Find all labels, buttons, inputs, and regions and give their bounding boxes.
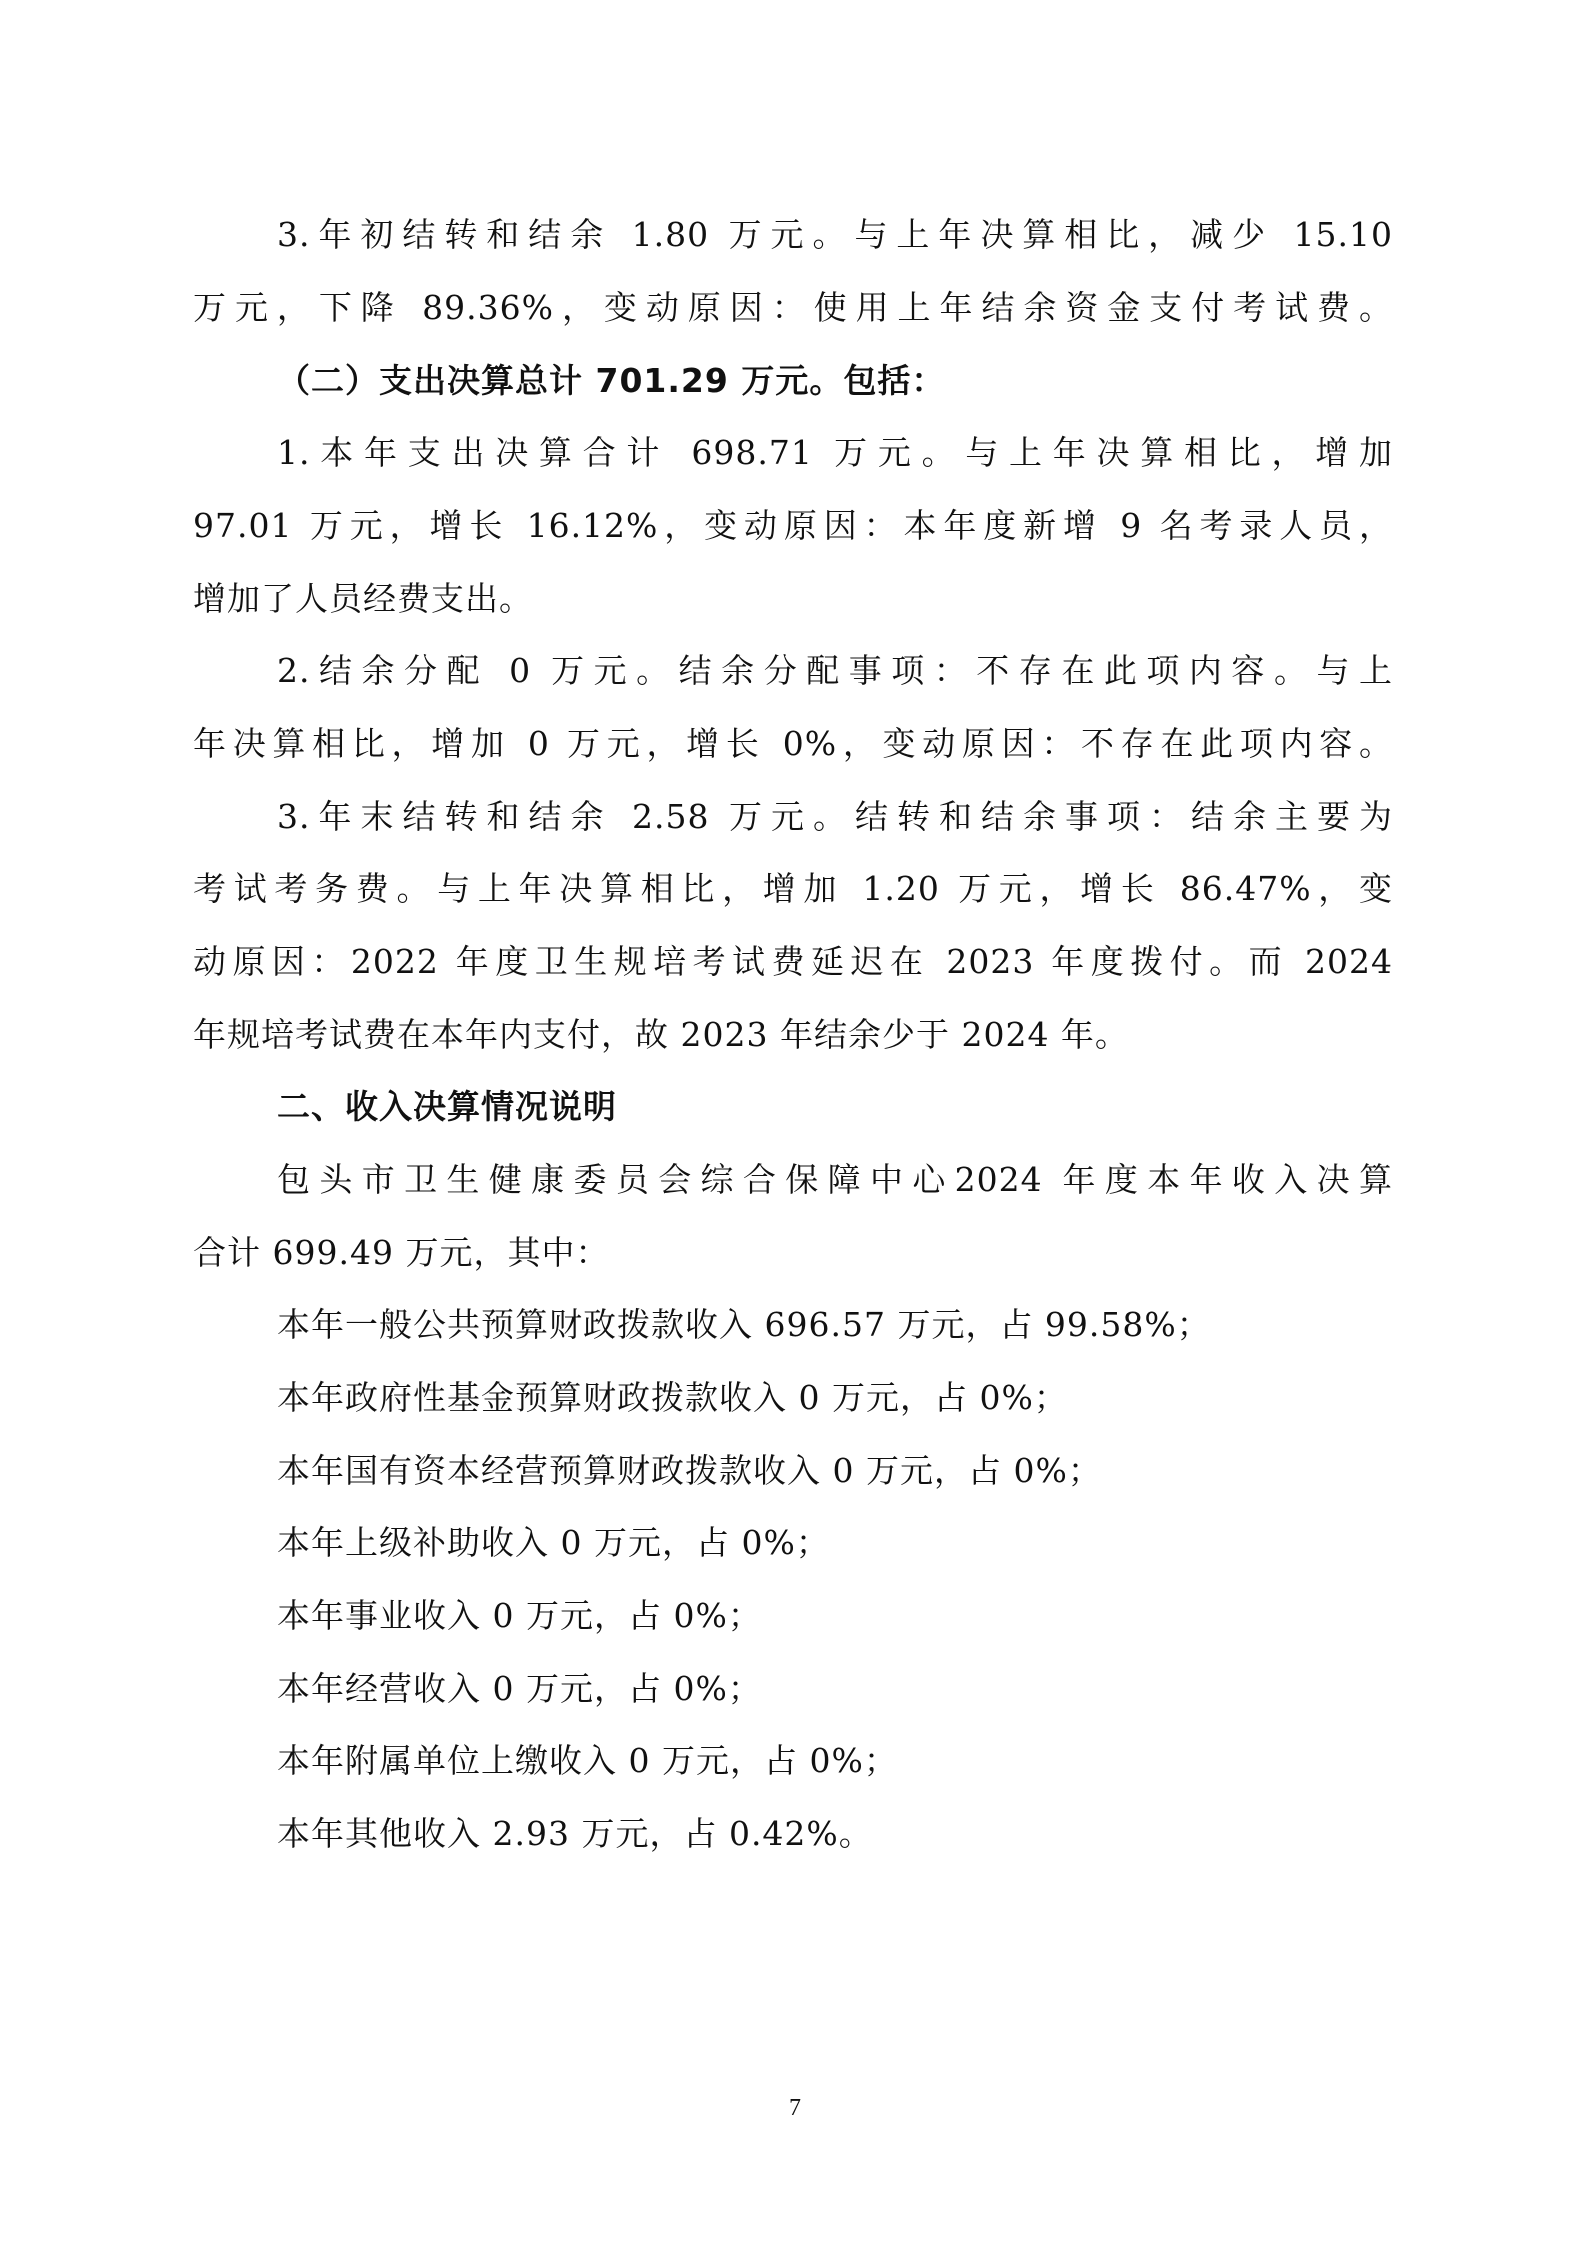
income-item-business: 本年事业收入 0 万元，占 0%； xyxy=(277,1586,1393,1646)
income-item-government-fund: 本年政府性基金预算财政拨款收入 0 万元，占 0%； xyxy=(277,1368,1393,1428)
page-number: 7 xyxy=(780,2095,810,2122)
section-heading-expenditure-total: （二）支出决算总计 701.29 万元。包括： xyxy=(277,351,1393,411)
income-item-superior-subsidy: 本年上级补助收入 0 万元，占 0%； xyxy=(277,1513,1393,1573)
paragraph-opening-balance-line-1: 3.年初结转和结余 1.80 万元。与上年决算相比，减少 15.10 xyxy=(277,205,1393,265)
paragraph-annual-expenditure-line-3: 增加了人员经费支出。 xyxy=(193,569,1393,629)
income-item-state-capital: 本年国有资本经营预算财政拨款收入 0 万元，占 0%； xyxy=(277,1441,1393,1501)
income-item-other: 本年其他收入 2.93 万元，占 0.42%。 xyxy=(277,1804,1393,1864)
income-item-operating: 本年经营收入 0 万元，占 0%； xyxy=(277,1659,1393,1719)
paragraph-opening-balance-line-2: 万元，下降 89.36%，变动原因：使用上年结余资金支付考试费。 xyxy=(193,278,1393,338)
document-page: 3.年初结转和结余 1.80 万元。与上年决算相比，减少 15.10 万元，下降… xyxy=(0,0,1587,2245)
paragraph-closing-balance-line-1: 3.年末结转和结余 2.58 万元。结转和结余事项：结余主要为 xyxy=(277,787,1393,847)
income-item-affiliated-units: 本年附属单位上缴收入 0 万元，占 0%； xyxy=(277,1731,1393,1791)
paragraph-income-total-line-1: 包头市卫生健康委员会综合保障中心2024 年度本年收入决算 xyxy=(277,1150,1393,1210)
income-item-general-budget: 本年一般公共预算财政拨款收入 696.57 万元，占 99.58%； xyxy=(277,1295,1393,1355)
paragraph-closing-balance-line-4: 年规培考试费在本年内支付，故 2023 年结余少于 2024 年。 xyxy=(193,1005,1393,1065)
paragraph-annual-expenditure-line-2: 97.01 万元，增长 16.12%，变动原因：本年度新增 9 名考录人员， xyxy=(193,496,1393,556)
paragraph-surplus-distribution-line-1: 2.结余分配 0 万元。结余分配事项：不存在此项内容。与上 xyxy=(277,641,1393,701)
paragraph-income-total-line-2: 合计 699.49 万元，其中： xyxy=(193,1223,1393,1283)
section-heading-income-explanation: 二、收入决算情况说明 xyxy=(277,1077,1393,1137)
paragraph-annual-expenditure-line-1: 1.本年支出决算合计 698.71 万元。与上年决算相比，增加 xyxy=(277,423,1393,483)
paragraph-closing-balance-line-3: 动原因：2022 年度卫生规培考试费延迟在 2023 年度拨付。而 2024 xyxy=(193,932,1393,992)
paragraph-surplus-distribution-line-2: 年决算相比，增加 0 万元，增长 0%，变动原因：不存在此项内容。 xyxy=(193,714,1393,774)
paragraph-closing-balance-line-2: 考试考务费。与上年决算相比，增加 1.20 万元，增长 86.47%，变 xyxy=(193,859,1393,919)
